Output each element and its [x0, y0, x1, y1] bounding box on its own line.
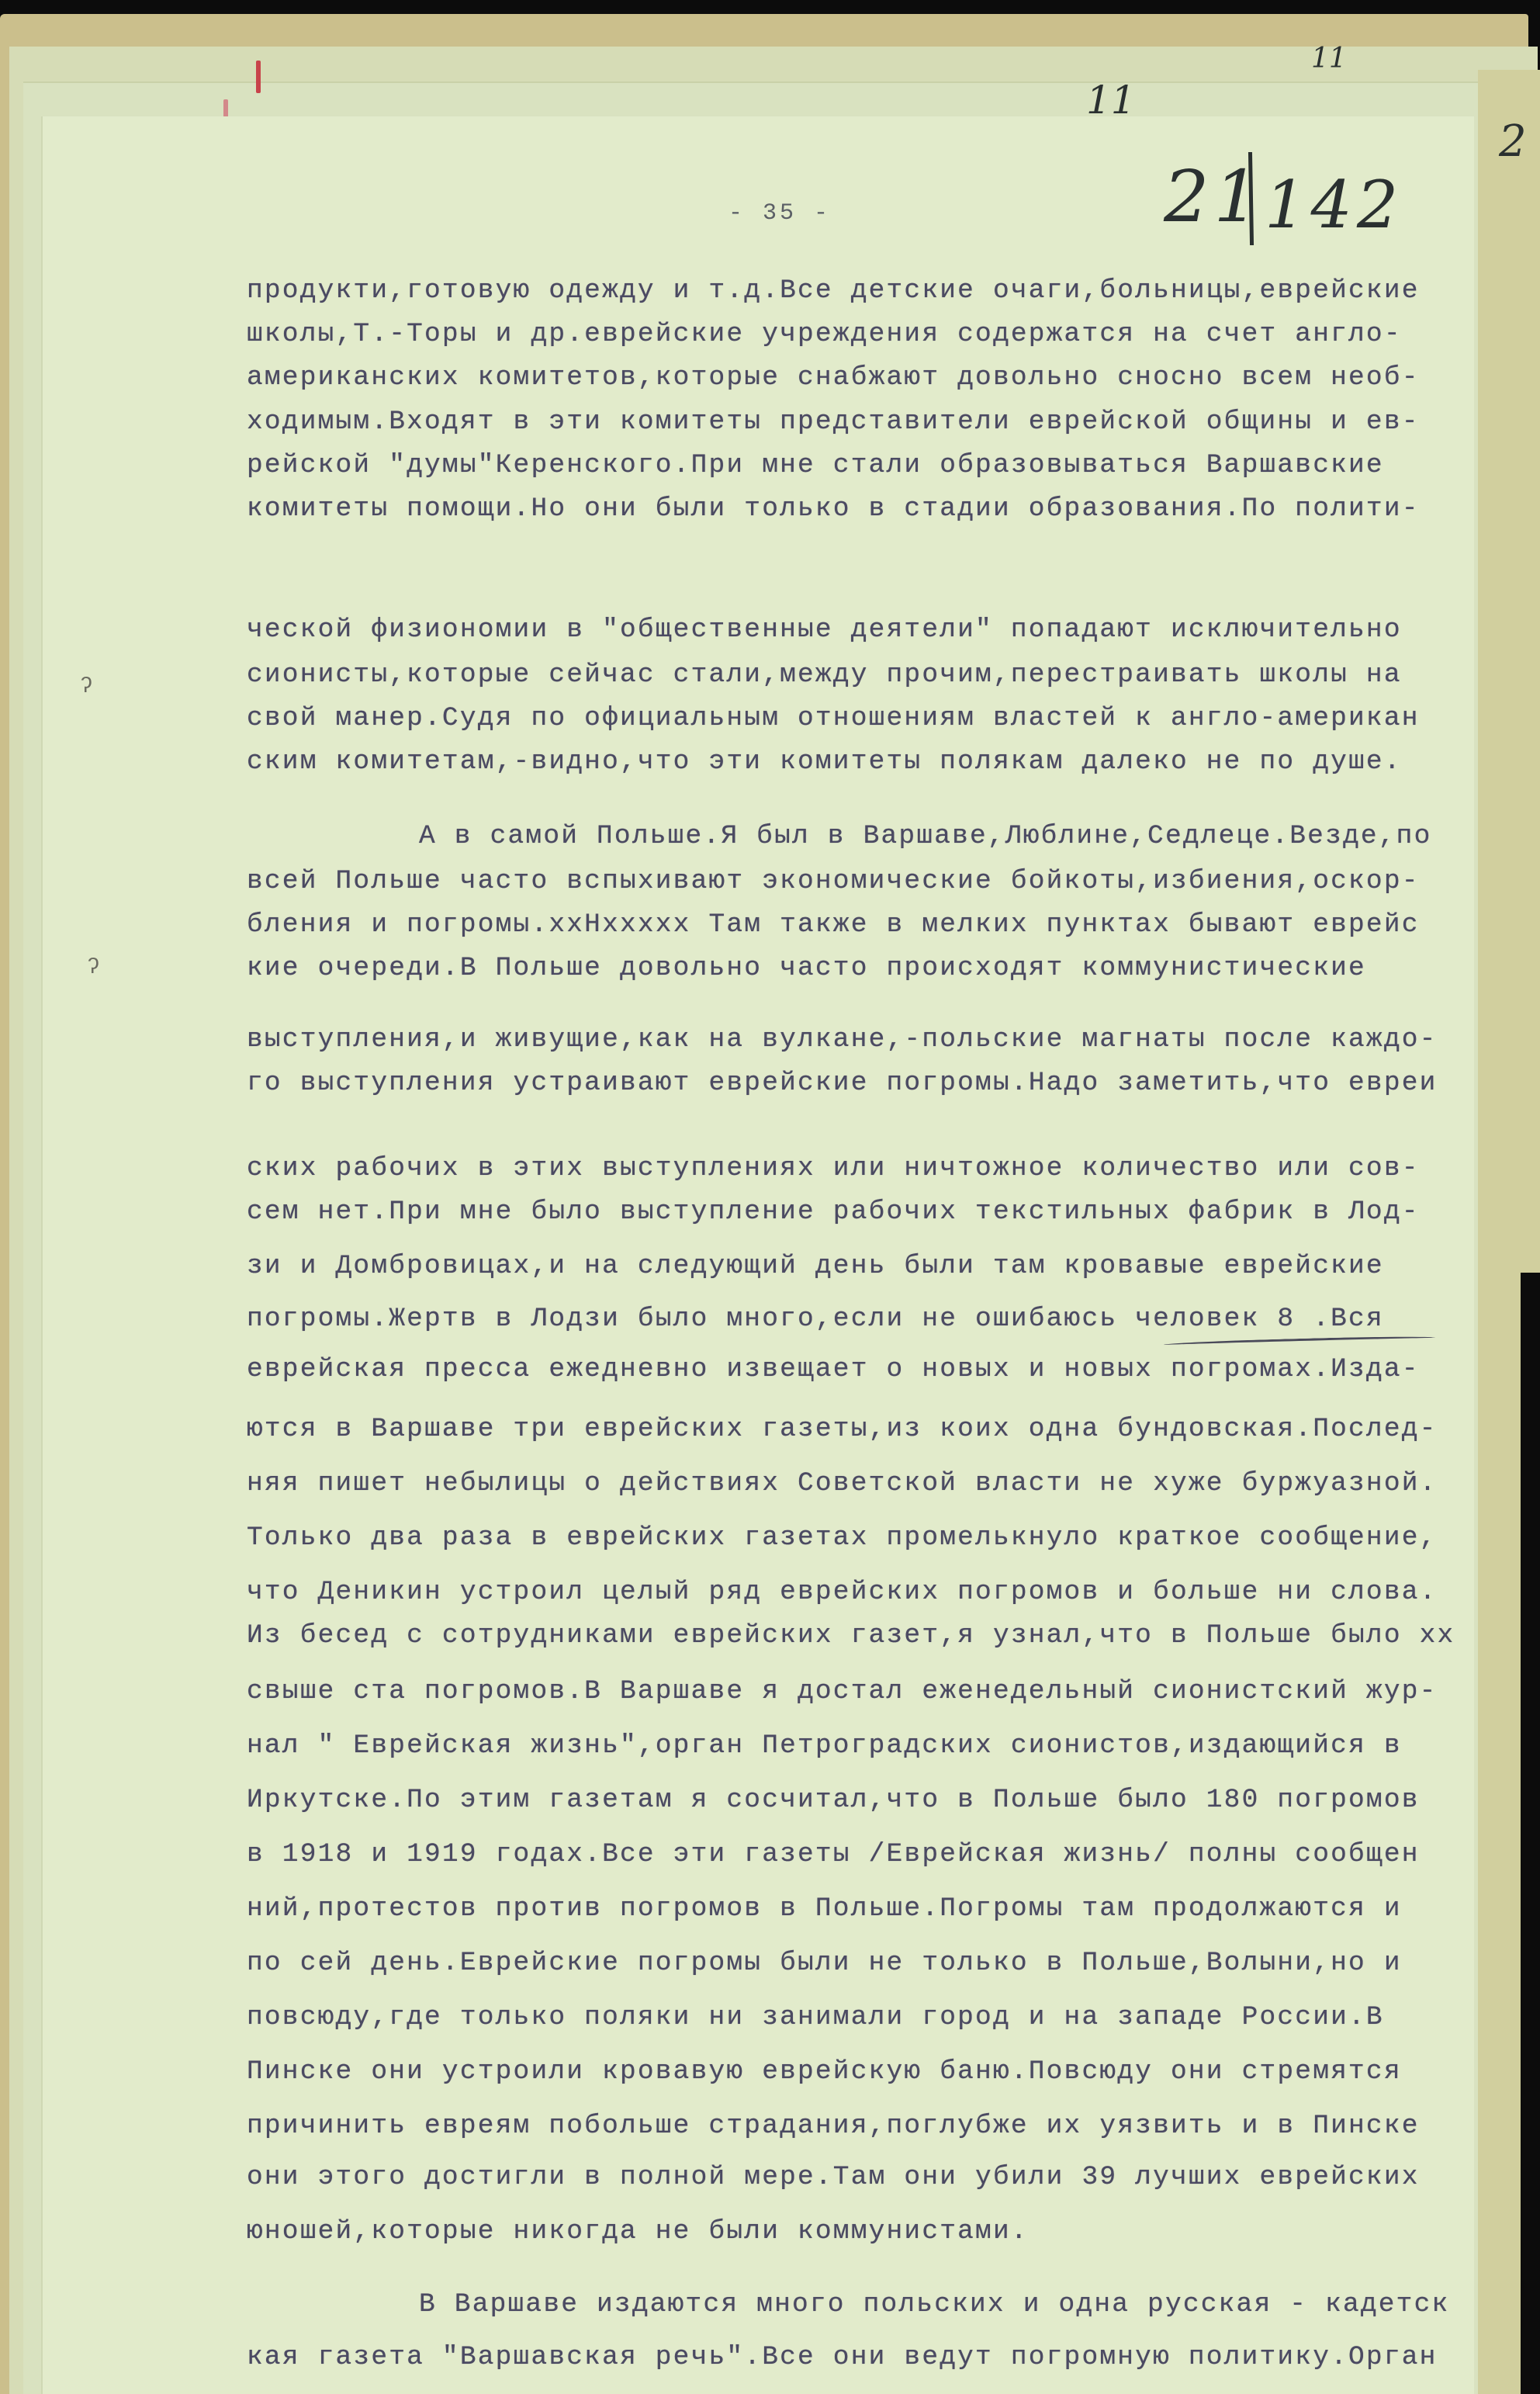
text-line: зи и Домбровицах,и на следующий день был… — [247, 1251, 1384, 1281]
text-line: нал " Еврейская жизнь",орган Петроградск… — [247, 1731, 1402, 1761]
text-line: выступления,и живущие,как на вулкане,-по… — [247, 1024, 1438, 1055]
text-line: рейской "думы"Керенского.При мне стали о… — [247, 450, 1384, 480]
folio-number-handwritten: 142 — [1265, 167, 1403, 243]
page-number: - 35 - — [702, 200, 857, 227]
text-line: Пинске они устроили кровавую еврейскую б… — [247, 2056, 1402, 2087]
text-line: они этого достигли в полной мере.Там они… — [247, 2162, 1420, 2192]
text-line: Только два раза в еврейских газетах пром… — [247, 1523, 1438, 1553]
text-line: Из бесед с сотрудниками еврейских газет,… — [247, 1620, 1455, 1651]
text-line: ходимым.Входят в эти комитеты представит… — [247, 407, 1420, 437]
text-line: по сей день.Еврейские погромы были не то… — [247, 1948, 1402, 1978]
text-line: еврейская пресса ежедневно извещает о но… — [247, 1354, 1420, 1384]
text-line: сионисты,которые сейчас стали,между проч… — [247, 660, 1402, 690]
text-line: юношей,которые никогда не были коммунист… — [247, 2216, 1029, 2247]
text-line: комитеты помощи.Но они были только в ста… — [247, 494, 1420, 524]
text-line: повсюду,где только поляки ни занимали го… — [247, 2002, 1384, 2032]
text-line: А в самой Польше.Я был в Варшаве,Люблине… — [419, 821, 1432, 851]
text-line: В Варшаве издаются много польских и одна… — [419, 2289, 1449, 2320]
red-tab-mark — [256, 61, 261, 93]
text-line: ются в Варшаве три еврейских газеты,из к… — [247, 1414, 1438, 1444]
text-line: го выступления устраивают еврейские погр… — [247, 1068, 1438, 1098]
text-line: кая газета "Варшавская речь".Все они вед… — [247, 2342, 1438, 2372]
text-line: продукти,готовую одежду и т.д.Все детски… — [247, 275, 1420, 306]
text-line: что Деникин устроил целый ряд еврейских … — [247, 1577, 1438, 1607]
text-line: причинить евреям побольше страдания,погл… — [247, 2111, 1420, 2141]
text-line: американских комитетов,которые снабжают … — [247, 362, 1420, 393]
text-line: свыше ста погромов.В Варшаве я достал еж… — [247, 1676, 1438, 1706]
text-line: Иркутске.По этим газетам я сосчитал,что … — [247, 1785, 1420, 1815]
back-sheet-handwritten-mark: 11 — [1311, 43, 1347, 74]
text-line: ских рабочих в этих выступлениях или нич… — [247, 1153, 1420, 1183]
text-line: ским комитетам,-видно,что эти комитеты п… — [247, 747, 1402, 777]
text-line: всей Польше часто вспыхивают экономическ… — [247, 866, 1420, 896]
text-line: школы,Т.-Торы и др.еврейские учреждения … — [247, 319, 1402, 349]
text-line: кие очереди.В Польше довольно часто прои… — [247, 953, 1366, 983]
text-line: ний,протестов против погромов в Польше.П… — [247, 1893, 1402, 1924]
margin-mark: ʔ — [80, 675, 93, 699]
text-line: свой манер.Судя по официальным отношения… — [247, 703, 1420, 733]
margin-mark: ʔ — [87, 956, 100, 980]
text-line: бления и погромы.xxНxxxxx Там также в ме… — [247, 909, 1420, 940]
text-line: погромы.Жертв в Лодзи было много,если не… — [247, 1304, 1384, 1334]
text-line: ческой физиономии в "общественные деятел… — [247, 615, 1402, 645]
background-edge — [1521, 1273, 1540, 2394]
text-line: сем нет.При мне было выступление рабочих… — [247, 1197, 1420, 1227]
text-line: в 1918 и 1919 годах.Все эти газеты /Евре… — [247, 1839, 1420, 1869]
text-line: няя пишет небылицы о действиях Советской… — [247, 1468, 1438, 1498]
right-edge-handwritten-mark: 2 — [1499, 116, 1527, 167]
